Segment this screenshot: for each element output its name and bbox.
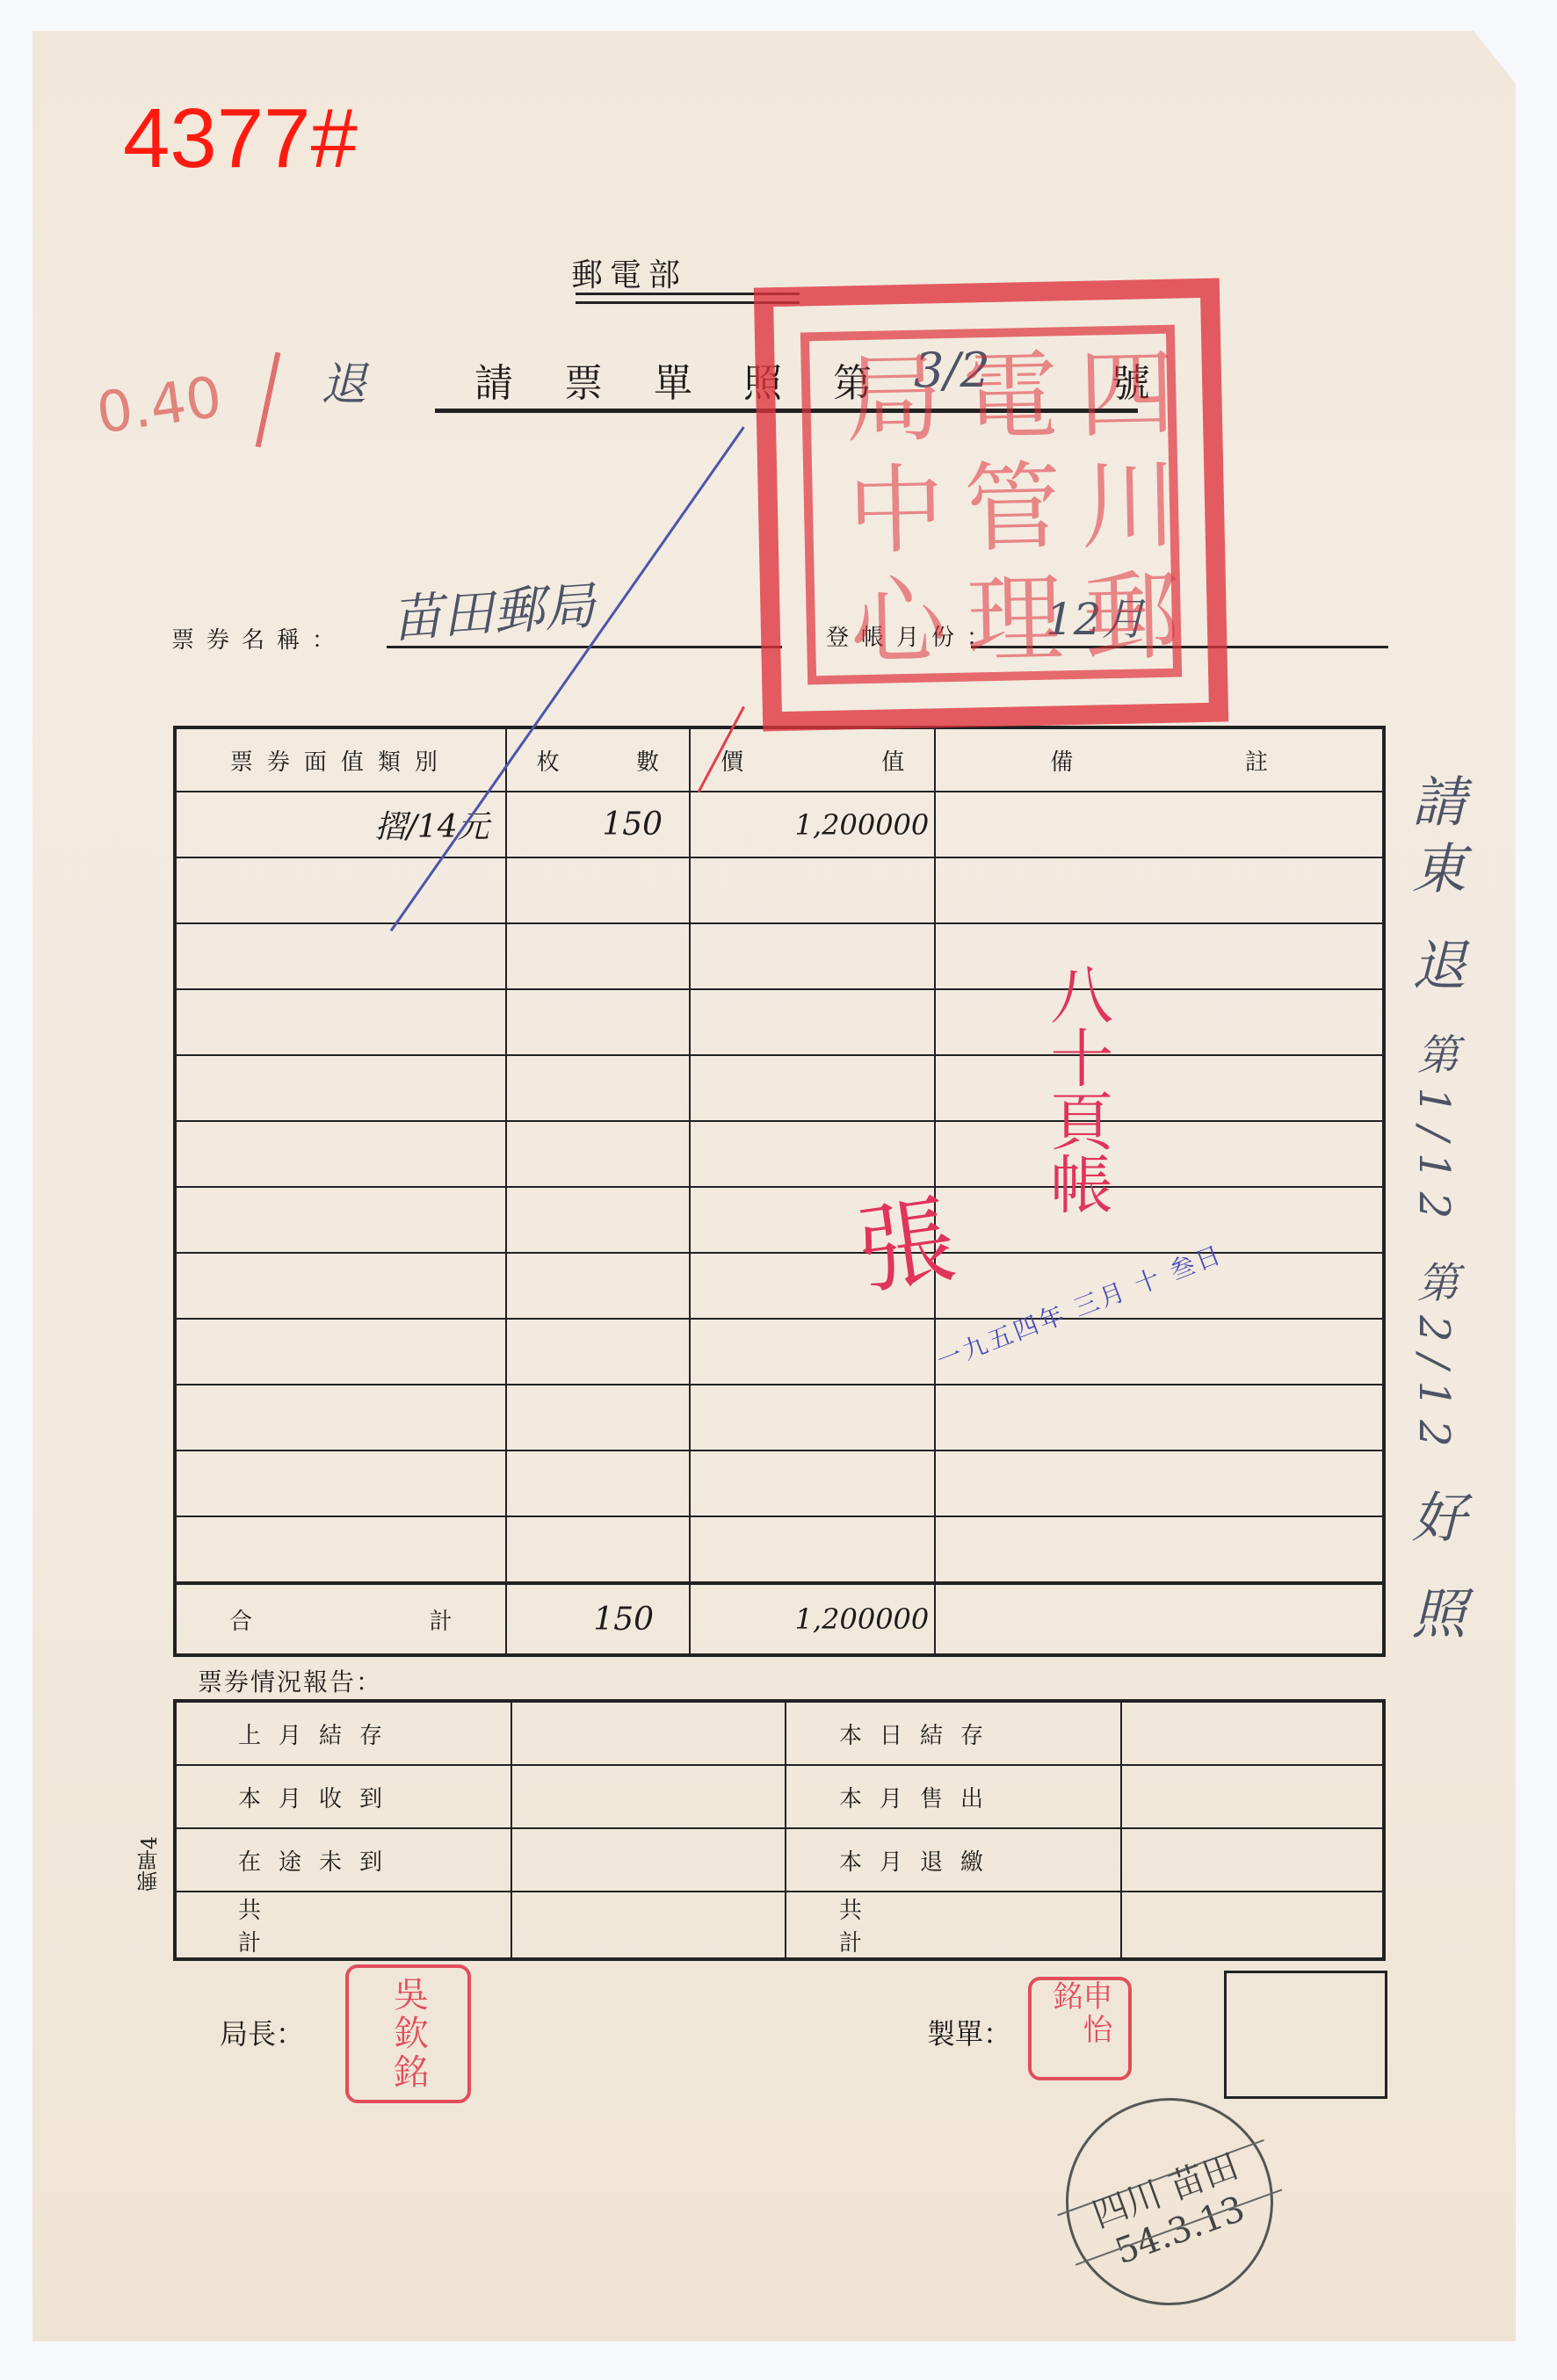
report-value-right[interactable] [1121, 1892, 1384, 1959]
row-category[interactable] [175, 1385, 506, 1450]
row-value[interactable]: 1,200000 [690, 792, 935, 857]
row-count[interactable] [506, 857, 690, 923]
report-label-left: 在途未到 [175, 1828, 511, 1892]
report-value-left[interactable] [511, 1892, 786, 1959]
row-value[interactable] [690, 1385, 935, 1450]
row-remarks[interactable] [935, 1055, 1384, 1121]
ticket-report-table: 上月結存 本日結存 本月收到 本月售出 在途未到 本月退繳 共計 共計 [173, 1699, 1386, 1961]
row-remarks[interactable] [935, 1450, 1384, 1516]
table-row [175, 1121, 1384, 1187]
row-value[interactable] [690, 1450, 935, 1516]
ticket-name-value[interactable]: 苗田郵局 [388, 564, 597, 652]
row-remarks[interactable] [935, 923, 1384, 989]
row-count[interactable] [506, 1055, 690, 1121]
total-count[interactable]: 150 [506, 1583, 690, 1655]
report-label-right: 共計 [786, 1892, 1121, 1959]
row-count[interactable] [506, 1385, 690, 1450]
row-count[interactable] [506, 1319, 690, 1385]
margin-note-right: 請東 退 第1/12 第2/12 好 照 [1406, 773, 1463, 1652]
row-category[interactable]: 摺/14元 [175, 792, 506, 857]
table-row [175, 1450, 1384, 1516]
row-count[interactable] [506, 923, 690, 989]
header-category: 票券面值類別 [175, 727, 506, 792]
row-category[interactable] [175, 1055, 506, 1121]
table-row [175, 1055, 1384, 1121]
row-count[interactable] [506, 1187, 690, 1253]
row-category[interactable] [175, 989, 506, 1055]
row-remarks[interactable] [935, 1121, 1384, 1187]
report-value-left[interactable] [511, 1701, 786, 1765]
postmark-text: 四川 苗田 54.3.13 [1061, 2130, 1282, 2283]
department-heading: 郵電部 [571, 250, 687, 295]
table-row: 摺/14元 150 1,200000 [175, 792, 1384, 857]
table-row [175, 989, 1384, 1055]
row-remarks[interactable] [935, 1516, 1384, 1583]
report-row: 共計 共計 [175, 1892, 1384, 1959]
table-total-row: 合計 150 1,200000 [175, 1583, 1384, 1655]
report-title: 票券情況報告： [198, 1663, 382, 1698]
report-label-left: 共計 [175, 1892, 511, 1959]
form-code-margin: 郵單4 [134, 1836, 164, 1892]
row-category[interactable] [175, 1121, 506, 1187]
table-row [175, 1319, 1384, 1385]
catalog-tag: 4377# [123, 97, 358, 181]
signature-red: 張 [848, 1162, 963, 1313]
remarks-handwritten-red: 八十頁帳 [1041, 962, 1111, 1215]
official-red-seal: 四川郵 電管理 局中心 [754, 279, 1228, 732]
report-label-left: 本月收到 [175, 1765, 511, 1828]
row-value[interactable] [690, 1319, 935, 1385]
report-label-right: 本月退繳 [786, 1828, 1121, 1892]
table-row [175, 1516, 1384, 1583]
row-value[interactable] [690, 989, 935, 1055]
preparer-label: 製單： [927, 2012, 1011, 2052]
row-category[interactable] [175, 1516, 506, 1583]
blank-stamp-box[interactable] [1224, 1971, 1387, 2099]
row-category[interactable] [175, 923, 506, 989]
header-remarks: 備註 [935, 727, 1384, 792]
row-category[interactable] [175, 857, 506, 923]
report-row: 本月收到 本月售出 [175, 1765, 1384, 1828]
total-label: 合計 [175, 1583, 506, 1655]
row-remarks[interactable] [935, 1187, 1384, 1253]
pencil-mark-return: 退 [321, 347, 366, 413]
seal-characters: 四川郵 電管理 局中心 [816, 334, 1173, 676]
row-value[interactable] [690, 857, 935, 923]
report-row: 在途未到 本月退繳 [175, 1828, 1384, 1892]
report-label-right: 本月售出 [786, 1765, 1121, 1828]
report-label-right: 本日結存 [786, 1701, 1121, 1765]
report-value-left[interactable] [511, 1765, 786, 1828]
row-value[interactable] [690, 1055, 935, 1121]
table-header-row: 票券面值類別 枚數 價值 備註 [175, 727, 1384, 792]
director-seal: 吳欽銘 [345, 1964, 471, 2103]
row-remarks[interactable] [935, 989, 1384, 1055]
row-count[interactable] [506, 1450, 690, 1516]
row-count[interactable] [506, 1253, 690, 1319]
header-count: 枚數 [506, 727, 690, 792]
ticket-items-table: 票券面值類別 枚數 價值 備註 摺/14元 150 1,200000 合計 15… [173, 726, 1386, 1657]
director-label: 局長： [220, 2012, 304, 2052]
row-value[interactable] [690, 1516, 935, 1583]
report-label-left: 上月結存 [175, 1701, 511, 1765]
row-category[interactable] [175, 1319, 506, 1385]
table-row [175, 857, 1384, 923]
row-category[interactable] [175, 1187, 506, 1253]
total-remarks[interactable] [935, 1583, 1384, 1655]
row-remarks[interactable] [935, 792, 1384, 857]
row-remarks[interactable] [935, 1385, 1384, 1450]
row-count[interactable]: 150 [506, 792, 690, 857]
report-value-left[interactable] [511, 1828, 786, 1892]
report-value-right[interactable] [1121, 1701, 1384, 1765]
table-row [175, 1385, 1384, 1450]
preparer-seal: 申怡銘 [1028, 1977, 1132, 2080]
row-count[interactable] [506, 1516, 690, 1583]
table-row [175, 923, 1384, 989]
row-count[interactable] [506, 1121, 690, 1187]
row-count[interactable] [506, 989, 690, 1055]
row-category[interactable] [175, 1253, 506, 1319]
total-value[interactable]: 1,200000 [690, 1583, 935, 1655]
report-value-right[interactable] [1121, 1765, 1384, 1828]
ticket-name-label: 票券名稱： [171, 622, 347, 655]
row-category[interactable] [175, 1450, 506, 1516]
row-value[interactable] [690, 923, 935, 989]
report-value-right[interactable] [1121, 1828, 1384, 1892]
row-remarks[interactable] [935, 857, 1384, 923]
report-row: 上月結存 本日結存 [175, 1701, 1384, 1765]
